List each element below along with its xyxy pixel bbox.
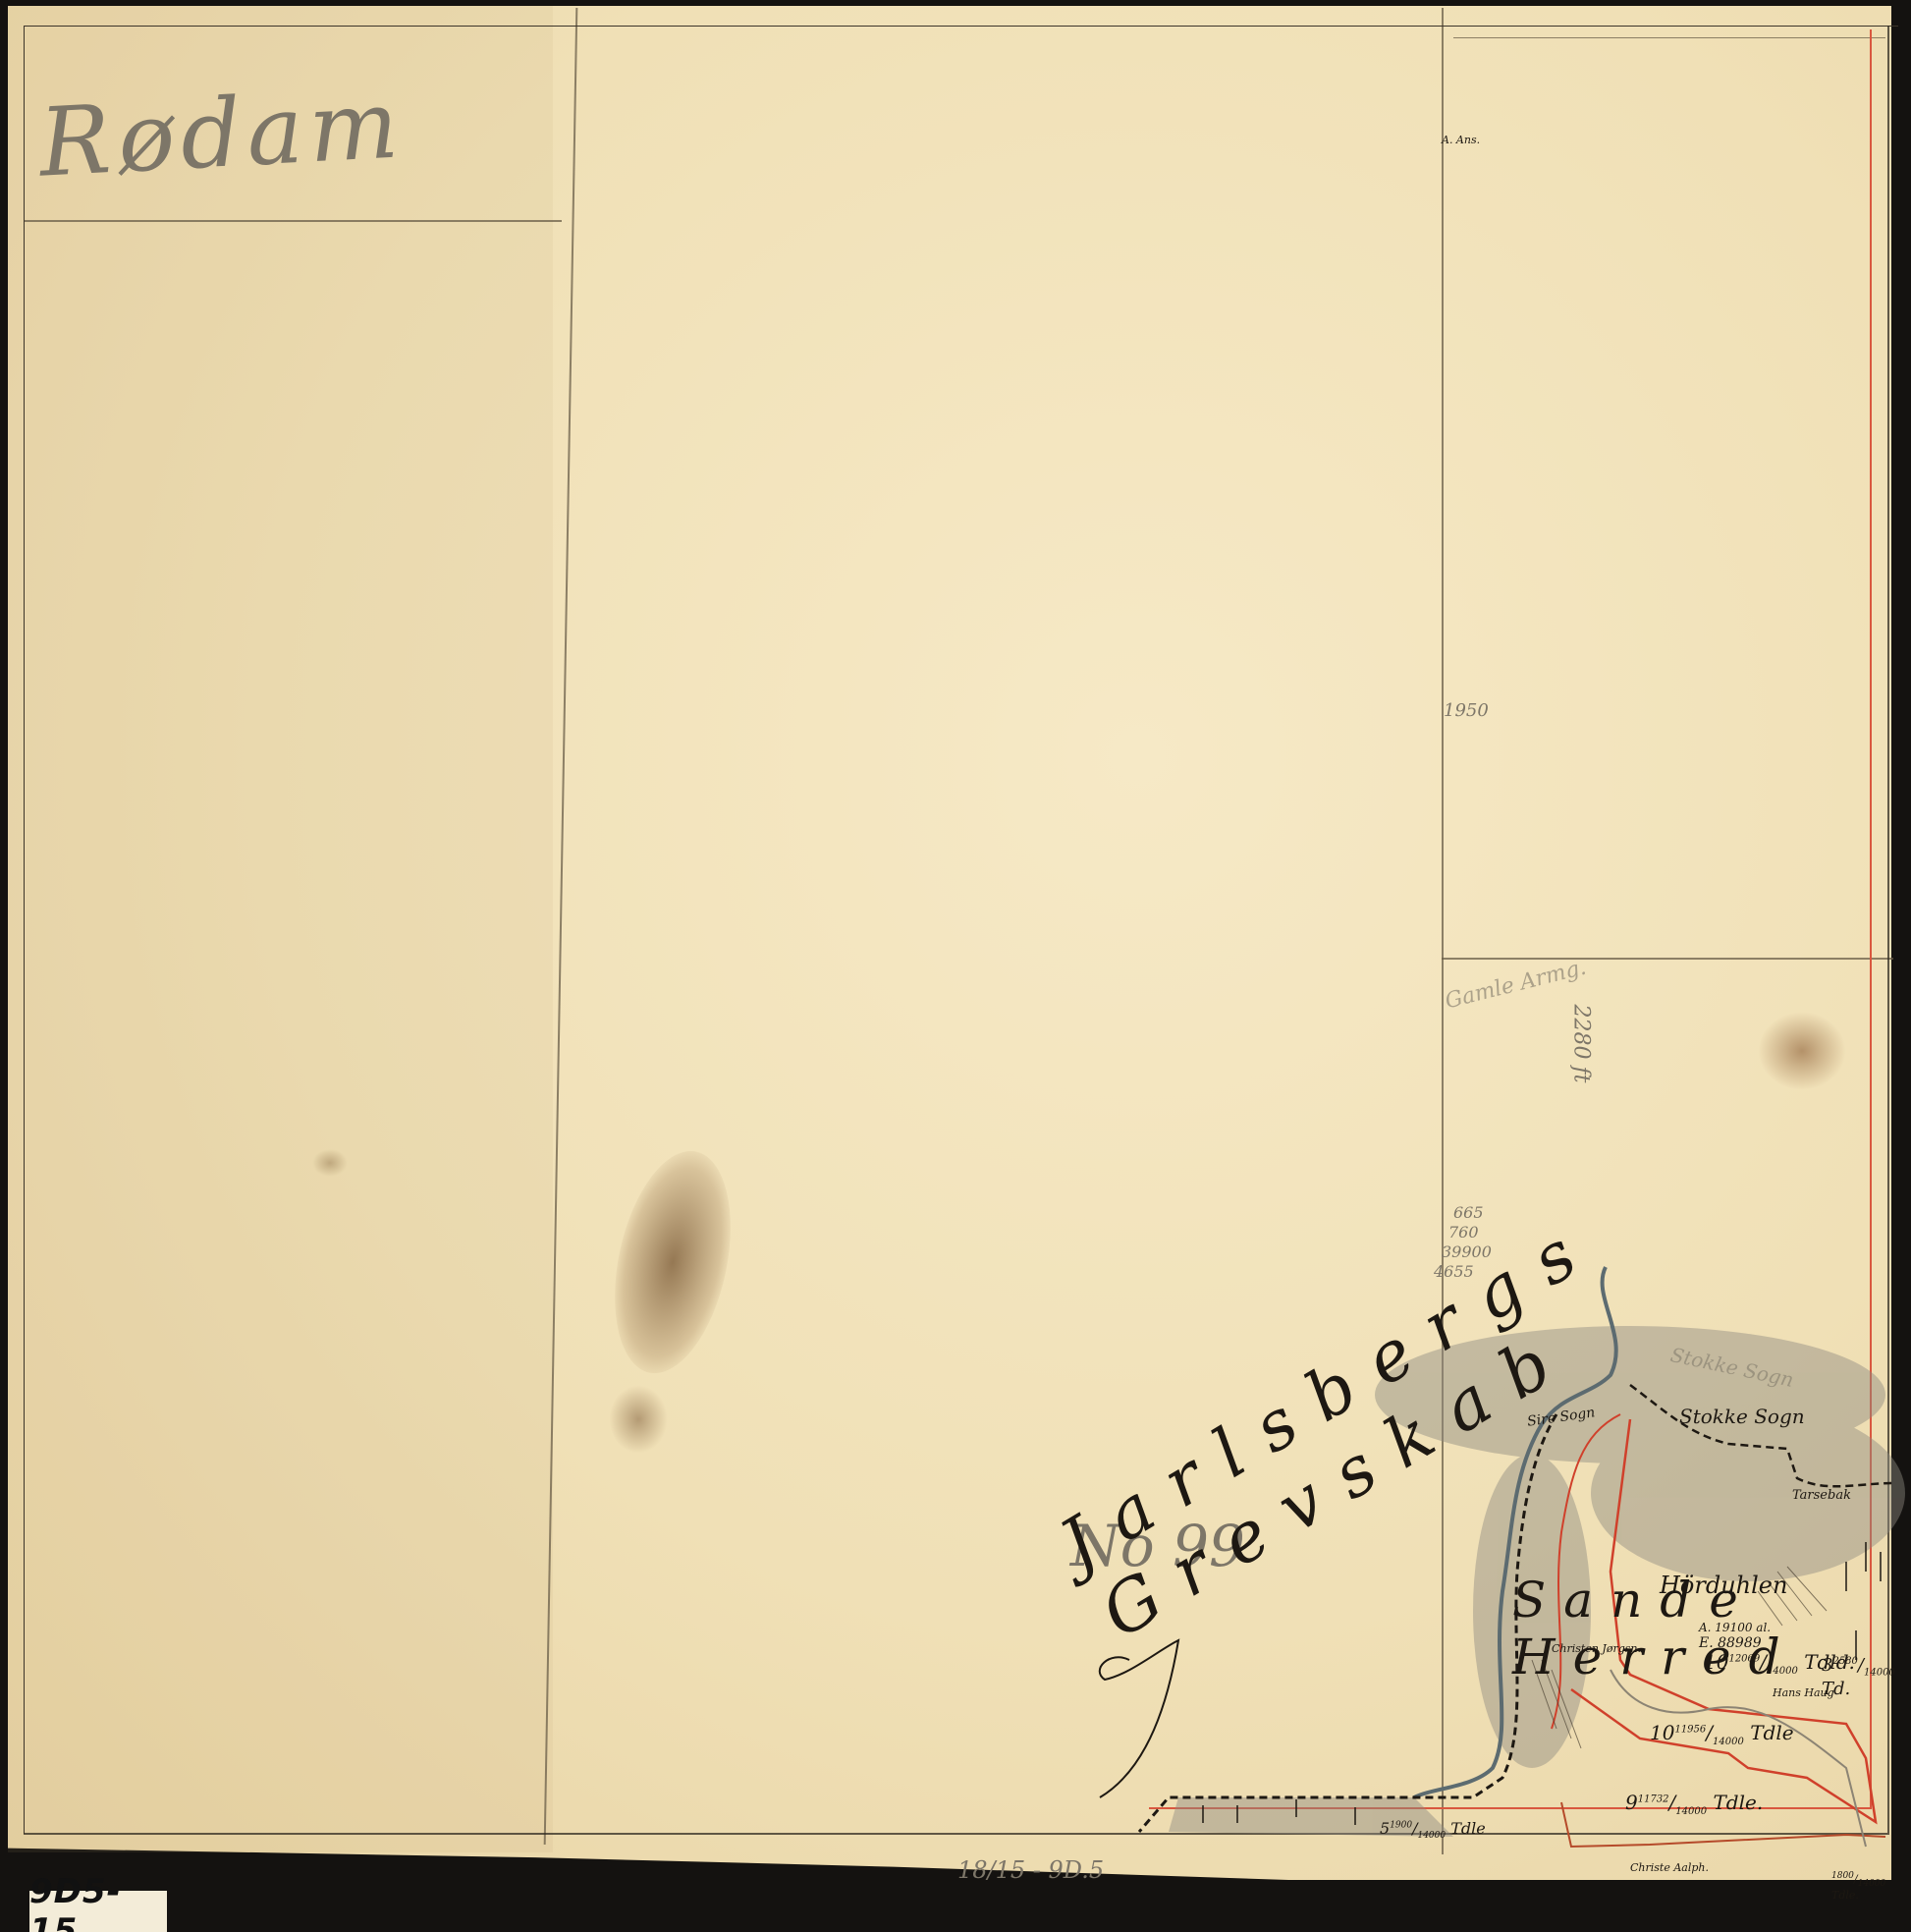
area-e-value: E. 88989 [1699, 1635, 1762, 1651]
plot-value-5: 51900/14000 Tdle [1380, 1819, 1486, 1841]
note-1950: 1950 [1444, 700, 1489, 721]
plot-value-2: 32580/14000 Td. [1822, 1655, 1911, 1699]
plot-value-3: 1011956/14000 Tdle [1650, 1721, 1794, 1747]
area-a-value: A. 19100 al. [1699, 1621, 1771, 1634]
catalog-pencil: 18/15 - 9D.5 [957, 1856, 1104, 1884]
note-a-ans: A. Ans. [1442, 134, 1480, 146]
plot-value-6: 1800/14000 Tdle. [1831, 1871, 1911, 1902]
place-bottom: Christe Aalph. [1630, 1861, 1709, 1874]
parish-stokke: Stokke Sogn [1679, 1405, 1805, 1428]
calc-665: 665 [1453, 1203, 1484, 1222]
farm-name: Hörduhlen [1660, 1572, 1787, 1599]
plot-value-4: 911732/14000 Tdle. [1625, 1791, 1763, 1817]
place-christen: Christen Jørgsn. [1552, 1642, 1641, 1655]
stream-name: Tarsebak [1792, 1488, 1851, 1503]
title-swash [1100, 1640, 1178, 1797]
note-2280: 2280 ft [1568, 1005, 1593, 1083]
catalog-tag: 9D5-15 [29, 1891, 167, 1932]
calc-760: 760 [1448, 1223, 1479, 1242]
surveyor-name: Rødam [36, 69, 407, 197]
